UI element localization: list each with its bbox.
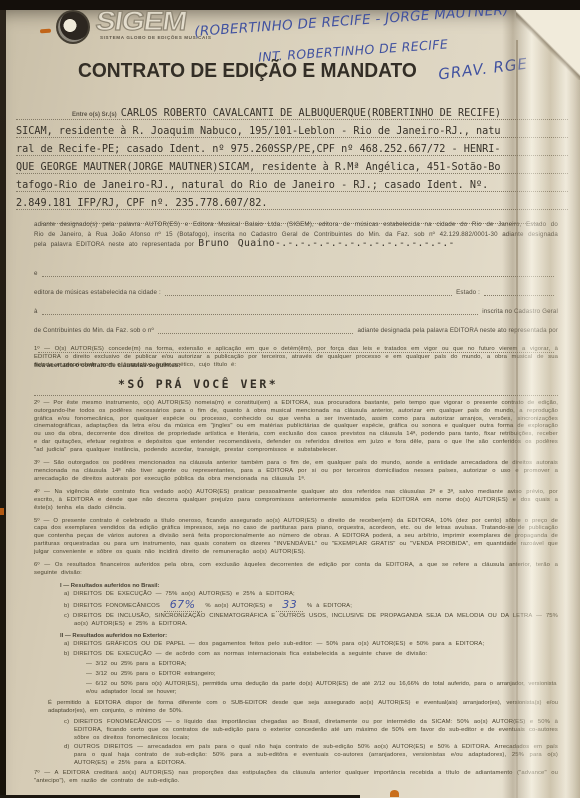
party-line: SICAM, residente à R. Joaquim Nabuco, 19… [16,120,568,138]
clause-6-intro: 6º — Os resultados financeiros auferidos… [34,562,558,578]
clauses-section: 1º — O(s) AUTOR(ES) concede(m) na forma,… [34,346,558,798]
author-1-name: CARLOS ROBERTO CAVALCANTI DE ALBUQUERQUE… [121,108,501,119]
brasil-results-header: I — Resultados auferidos no Brasil: [60,583,558,589]
sub-editor-note: É permitido à EDITORA dispor de forma di… [48,700,558,716]
scanned-document: SIGEM SISTEMA GLOBO DE EDIÇÕES MUSICAIS … [0,0,580,798]
form-row-e: e [34,258,558,277]
party-line-text: tafogo-Rio de Janeiro-RJ., natural do Ri… [16,180,488,191]
party-line-text: ral de Recife-PE; casado Ident. nº 975.2… [16,144,501,155]
clause-3: 3º — São outorgados os podêres mencionad… [34,460,558,484]
city-blank-field [165,285,452,296]
song-title: *SÓ PRÁ VOCÊ VER* [118,377,278,391]
state-blank-field [484,285,554,296]
representative-name: Bruno Quaino-.-.-.-.-.-.-.-.-.-.-.-.-.-.… [198,238,455,249]
party-line: ral de Recife-PE; casado Ident. nº 975.2… [16,138,568,156]
sigem-logo: SIGEM SISTEMA GLOBO DE EDIÇÕES MUSICAIS [56,8,212,44]
exterior-results-header: II — Resultados auferidos no Exterior: [60,633,558,639]
handwritten-author-percentage: 67% [164,598,202,612]
clause-7: 7º — A EDITORA creditará ao(s) AUTOR(ES)… [34,770,558,786]
document-title: CONTRATO DE EDIÇÃO E MANDATO [78,60,417,83]
address-blank-field [42,304,479,315]
publisher-paragraph: adiante designado(s) pela palavra AUTOR(… [34,220,558,250]
brasil-item-b-label: b) DIREITOS FONOMECÂNICOS [64,603,160,609]
party-line: tafogo-Rio de Janeiro-RJ., natural do Ri… [16,174,568,192]
author-2-name: QUE GEORGE MAUTNER(JORGE MAUTNER)SICAM, … [16,162,501,173]
handwritten-label-annotation: GRAV. RGE [437,55,529,84]
orange-mark [0,508,4,515]
parties-section: Entre o(s) Sr.(s) CARLOS ROBERTO CAVALCA… [16,102,568,224]
exterior-item-b: b) DIREITOS DE EXECUÇÃO — de acôrdo com … [64,651,558,659]
party-line: QUE GEORGE MAUTNER(JORGE MAUTNER)SICAM, … [16,156,568,174]
exterior-item-b-split-1: — 3/12 ou 25% para a EDITORA; [86,661,558,669]
scan-edge-left [0,10,6,798]
exterior-item-c: c) DIREITOS FONOMECÂNICOS — o líquido da… [64,719,558,743]
intro-label: Entre o(s) Sr.(s) [72,112,117,118]
form-row-address: à inscrita no Cadastro Geral [34,296,558,315]
orange-mark [40,29,51,34]
brasil-item-b-mid: % ao(s) AUTOR(ES) e [205,603,272,609]
paper-sheet: SIGEM SISTEMA GLOBO DE EDIÇÕES MUSICAIS … [6,10,580,798]
document-header: SIGEM SISTEMA GLOBO DE EDIÇÕES MUSICAIS … [6,10,580,100]
record-globe-icon [56,10,90,44]
clause-5: 5º — O presente contrato é celebrado a t… [34,518,558,558]
brasil-item-c: c) DIREITOS DE INCLUSÃO, SINCRONIZAÇÃO C… [64,613,558,629]
form-row-contrib: de Contribuintes do Min. da Faz. sob o n… [34,315,558,334]
form-row-city: editora de músicas estabelecida na cidad… [34,277,558,296]
orange-mark [390,790,399,797]
exterior-item-b-split-2: — 3/12 ou 25% para o EDITOR estrangeiro; [86,671,558,679]
state-label: Estado : [456,289,480,296]
second-publisher-label: adiante designada pela palavra EDITORA n… [357,327,558,334]
clause-1: 1º — O(s) AUTOR(ES) concede(m) na forma,… [34,346,558,370]
city-label: editora de músicas estabelecida na cidad… [34,289,161,296]
blank-field [42,266,554,277]
exterior-item-d: d) OUTROS DIREITOS — arrecadados em país… [64,744,558,768]
party-line-text: SICAM, residente à R. Joaquim Nabuco, 19… [16,126,501,137]
and-label: e [34,270,38,277]
cadastro-label: inscrita no Cadastro Geral [482,308,558,315]
party-line-text: 2.849.181 IFP/RJ, CPF nº. 235.778.607/82… [16,198,267,209]
exterior-item-a: a) DIREITOS GRÁFICOS OU DE PAPEL — dos p… [64,641,558,649]
clause-4: 4º — Na vigência dêste contrato fica ved… [34,489,558,513]
at-label: à [34,308,38,315]
contrib-blank-field [158,323,354,334]
scan-edge-top [0,0,580,10]
exterior-item-b-split-3: — 6/12 ou 50% para o(s) AUTOR(ES), permi… [86,681,558,697]
brasil-item-b: b) DIREITOS FONOMECÂNICOS 67% % ao(s) AU… [64,601,558,611]
song-title-row: *SÓ PRÁ VOCÊ VER* [34,375,558,396]
brasil-item-b-tail: % à EDITORA; [307,603,352,609]
contrib-label: de Contribuintes do Min. da Faz. sob o n… [34,327,154,334]
brasil-item-a: a) DIREITOS DE EXECUÇÃO — 75% ao(s) AUTO… [64,591,558,599]
handwritten-publisher-percentage: 33 [276,598,303,612]
clause-2: 2º — Por êste mesmo instrumento, o(s) AU… [34,400,558,455]
party-line: 2.849.181 IFP/RJ, CPF nº. 235.778.607/82… [16,192,568,210]
party-line: Entre o(s) Sr.(s) CARLOS ROBERTO CAVALCA… [16,102,568,120]
